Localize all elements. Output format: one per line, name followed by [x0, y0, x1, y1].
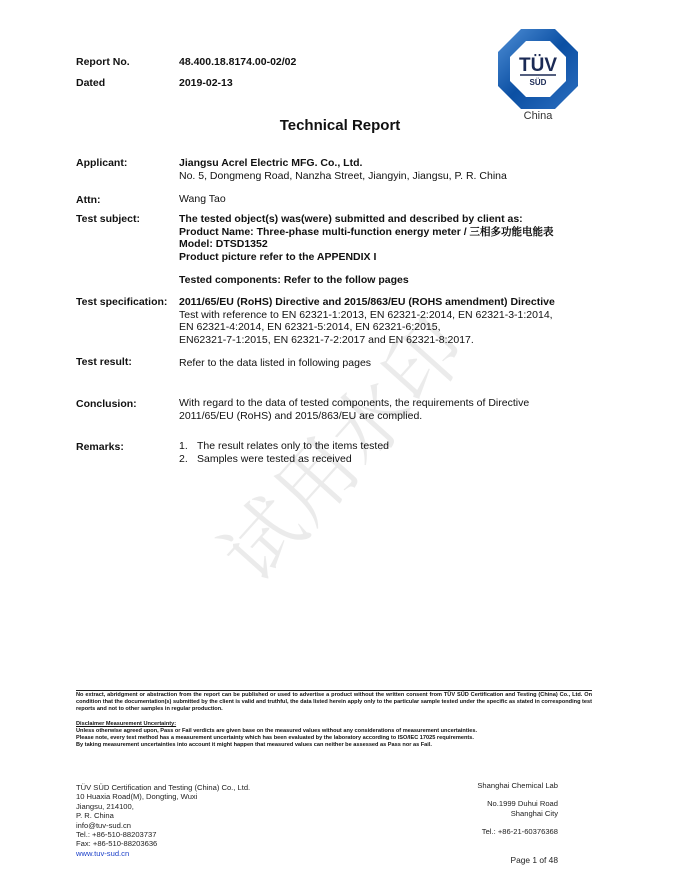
attn-value: Wang Tao — [179, 193, 226, 206]
product-picture-ref: Product picture refer to the APPENDIX I — [179, 251, 554, 264]
spec-line: Test with reference to EN 62321-1:2013, … — [179, 309, 555, 322]
attn-label: Attn: — [76, 194, 101, 206]
footer-divider — [76, 690, 592, 691]
remarks-label: Remarks: — [76, 441, 124, 453]
conclusion-label: Conclusion: — [76, 398, 137, 410]
test-subject-line: The tested object(s) was(were) submitted… — [179, 213, 554, 226]
applicant-company: Jiangsu Acrel Electric MFG. Co., Ltd. — [179, 157, 507, 170]
footer-city: Jiangsu, 214100, — [76, 802, 250, 811]
test-subject-label: Test subject: — [76, 213, 140, 225]
test-subject-block: The tested object(s) was(were) submitted… — [179, 213, 554, 263]
remark-item: 2.Samples were tested as received — [179, 453, 389, 466]
remarks-list: 1.The result relates only to the items t… — [179, 440, 389, 465]
tested-components: Tested components: Refer to the follow p… — [179, 274, 409, 287]
tuv-sud-logo-icon: TÜV SÜD — [497, 28, 579, 110]
footer-email[interactable]: info@tuv-sud.cn — [76, 821, 250, 830]
spec-line: EN 62321-4:2014, EN 62321-5:2014, EN 623… — [179, 321, 555, 334]
disclaimer-block: Disclaimer Measurement Uncertainty: Unle… — [76, 721, 592, 749]
directive: 2011/65/EU (RoHS) Directive and 2015/863… — [179, 296, 555, 309]
report-no-label: Report No. — [76, 56, 130, 68]
product-model: Model: DTSD1352 — [179, 238, 554, 251]
applicant-label: Applicant: — [76, 157, 127, 169]
disclaimer-line: Unless otherwise agreed upon, Pass or Fa… — [76, 728, 592, 735]
conclusion-line: 2011/65/EU (RoHS) and 2015/863/EU are co… — [179, 410, 529, 423]
lab-name: Shanghai Chemical Lab — [477, 781, 558, 790]
footer-tel: Tel.: +86-510-88203737 — [76, 830, 250, 839]
test-specification-block: 2011/65/EU (RoHS) Directive and 2015/863… — [179, 296, 555, 346]
conclusion-block: With regard to the data of tested compon… — [179, 397, 529, 422]
test-specification-label: Test specification: — [76, 296, 167, 308]
report-no: 48.400.18.8174.00-02/02 — [179, 56, 296, 69]
product-name: Product Name: Three-phase multi-function… — [179, 226, 554, 239]
dated-label: Dated — [76, 77, 105, 89]
conclusion-line: With regard to the data of tested compon… — [179, 397, 529, 410]
spec-line: EN62321-7-1:2015, EN 62321-7-2:2017 and … — [179, 334, 555, 347]
footer-fax: Fax: +86-510-88203636 — [76, 839, 250, 848]
page-number: Page 1 of 48 — [511, 855, 559, 865]
svg-text:SÜD: SÜD — [530, 78, 547, 87]
footer-street: 10 Huaxia Road(M), Dongting, Wuxi — [76, 792, 250, 801]
company-address: TÜV SÜD Certification and Testing (China… — [76, 783, 250, 858]
disclaimer-title: Disclaimer Measurement Uncertainty: — [76, 721, 592, 728]
disclaimer-line: By taking measurement uncertainties into… — [76, 742, 592, 749]
dated-value: 2019-02-13 — [179, 77, 233, 90]
disclaimer-line: Please note, every test method has a mea… — [76, 735, 592, 742]
svg-text:TÜV: TÜV — [519, 55, 557, 76]
footer-country: P. R. China — [76, 811, 250, 820]
lab-city: Shanghai City — [511, 809, 558, 818]
test-result-label: Test result: — [76, 356, 132, 368]
applicant-address: No. 5, Dongmeng Road, Nanzha Street, Jia… — [179, 170, 507, 183]
lab-tel: Tel.: +86-21-60376368 — [482, 827, 558, 836]
footer-notice: No extract, abridgment or abstraction fr… — [76, 692, 592, 713]
remark-item: 1.The result relates only to the items t… — [179, 440, 389, 453]
website-link[interactable]: www.tuv-sud.cn — [76, 849, 129, 858]
footer-company: TÜV SÜD Certification and Testing (China… — [76, 783, 250, 792]
applicant-block: Jiangsu Acrel Electric MFG. Co., Ltd. No… — [179, 157, 507, 182]
page-title: Technical Report — [0, 117, 680, 134]
lab-street: No.1999 Duhui Road — [487, 799, 558, 808]
test-result-value: Refer to the data listed in following pa… — [179, 357, 371, 370]
